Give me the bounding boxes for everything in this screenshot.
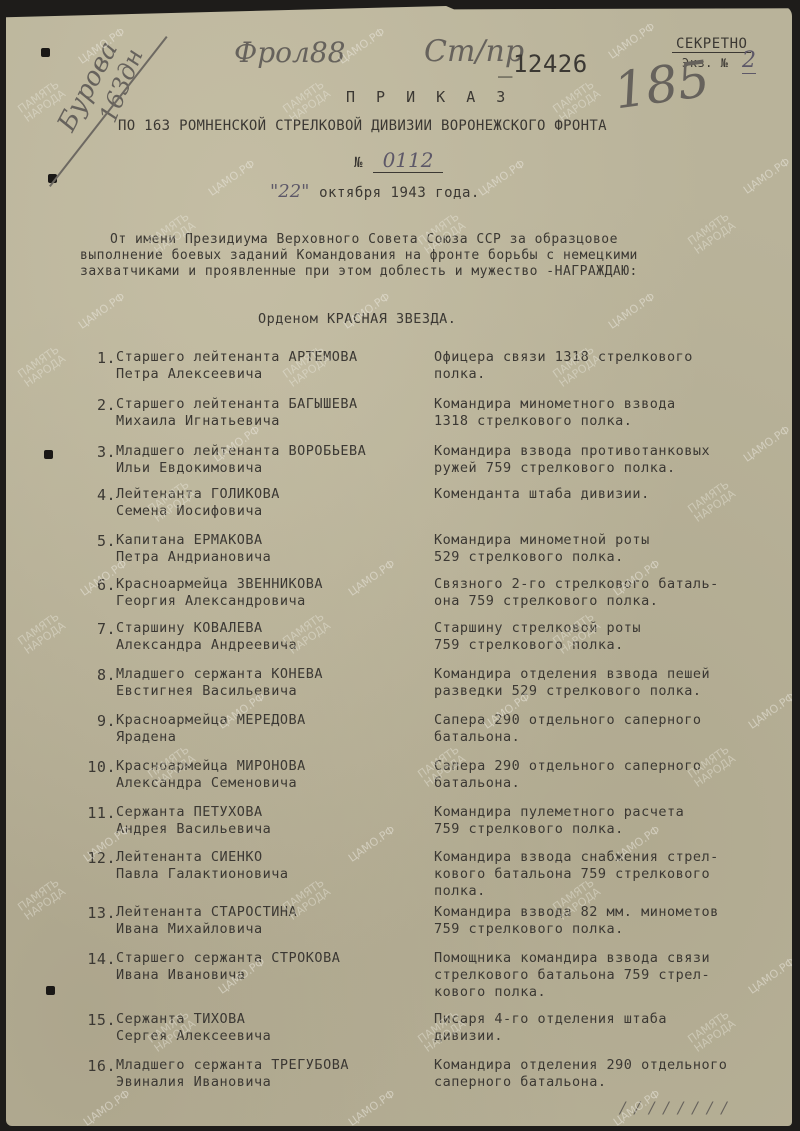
post-line: батальона.: [434, 775, 701, 792]
handwritten-page-number: 185: [610, 50, 713, 121]
entry-post: Командира отделения взвода пешей разведк…: [434, 666, 710, 700]
entry-person: Лейтенанта СТАРОСТИНА Ивана Михайловича: [116, 904, 297, 938]
post-line: Командира взвода 82 мм. минометов: [434, 904, 719, 921]
post-line: полка.: [434, 366, 693, 383]
archive-watermark: ЦАМО.РФ: [346, 1087, 398, 1129]
person-rank-surname: Красноармейца ЗВЕННИКОВА: [116, 576, 323, 593]
entry-number: 11.: [86, 804, 116, 822]
archive-watermark: ЦАМО.РФ: [206, 157, 258, 199]
person-rank-surname: Старшего лейтенанта АРТЕМОВА: [116, 349, 358, 366]
entry-post: Писаря 4-го отделения штаба дивизии.: [434, 1011, 667, 1045]
post-line: 1318 стрелкового полка.: [434, 413, 676, 430]
person-given-names: Ивана Ивановича: [116, 967, 340, 984]
person-given-names: Александра Семеновича: [116, 775, 306, 792]
entry-post: Командира минометного взвода 1318 стрелк…: [434, 396, 676, 430]
post-line: Сапера 290 отдельного саперного: [434, 758, 701, 775]
archive-watermark: ЦАМО.РФ: [476, 157, 528, 199]
order-number-value: 0112: [373, 148, 444, 173]
post-line: Командира минометного взвода: [434, 396, 676, 413]
entry-post: Командира взвода снабжения стрел- кового…: [434, 849, 719, 900]
memory-watermark: ПАМЯТЬНАРОДА: [686, 1009, 737, 1054]
post-line: стрелкового батальона 759 стрел-: [434, 967, 710, 984]
preamble: От имени Президиума Верховного Совета Со…: [80, 232, 638, 280]
entry-post: Командира отделения 290 отдельного сапер…: [434, 1057, 727, 1091]
entry-person: Лейтенанта СИЕНКО Павла Галактионовича: [116, 849, 289, 883]
post-line: она 759 стрелкового полка.: [434, 593, 719, 610]
memory-watermark: ПАМЯТЬНАРОДА: [686, 211, 737, 256]
post-line: Офицера связи 1318 стрелкового: [434, 349, 693, 366]
post-line: Писаря 4-го отделения штаба: [434, 1011, 667, 1028]
entry-person: Младшего лейтенанта ВОРОБЬЕВА Ильи Евдок…: [116, 443, 366, 477]
person-rank-surname: Лейтенанта СТАРОСТИНА: [116, 904, 297, 921]
document-title: П Р И К А З: [346, 88, 511, 106]
entry-number: 2.: [86, 396, 116, 414]
copy-number-value: 2: [742, 48, 756, 74]
person-rank-surname: Младшего сержанта КОНЕВА: [116, 666, 323, 683]
post-line: Командира взвода снабжения стрел-: [434, 849, 719, 866]
archive-watermark: ЦАМО.РФ: [746, 955, 798, 997]
entry-post: Офицера связи 1318 стрелкового полка.: [434, 349, 693, 383]
entry-post: Командира взвода 82 мм. минометов 759 ст…: [434, 904, 719, 938]
post-line: саперного батальона.: [434, 1074, 727, 1091]
entry-person: Красноармейца МИРОНОВА Александра Семено…: [116, 758, 306, 792]
entry-number: 5.: [86, 532, 116, 550]
post-line: кового батальона 759 стрелкового: [434, 866, 719, 883]
archive-watermark: ЦАМО.РФ: [81, 1087, 133, 1129]
order-number: № 0112: [354, 148, 443, 172]
post-line: кового полка.: [434, 984, 710, 1001]
entry-post: Связного 2-го стрелкового баталь- она 75…: [434, 576, 719, 610]
entry-person: Младшего сержанта ТРЕГУБОВА Эвиналия Ива…: [116, 1057, 349, 1091]
archive-watermark: ЦАМО.РФ: [741, 423, 793, 465]
person-given-names: Евстигнея Васильевича: [116, 683, 323, 700]
entry-person: Старшего сержанта СТРОКОВА Ивана Иванови…: [116, 950, 340, 984]
entry-number: 8.: [86, 666, 116, 684]
archive-watermark: ЦАМО.РФ: [346, 823, 398, 865]
person-given-names: Ярадена: [116, 729, 306, 746]
entry-number: 12.: [86, 849, 116, 867]
person-given-names: Ивана Михайловича: [116, 921, 297, 938]
entry-person: Красноармейца МЕРЕДОВА Ярадена: [116, 712, 306, 746]
post-line: Связного 2-го стрелкового баталь-: [434, 576, 719, 593]
entry-person: Младшего сержанта КОНЕВА Евстигнея Васил…: [116, 666, 323, 700]
archive-watermark: ЦАМО.РФ: [76, 290, 128, 332]
post-line: Помощника командира взвода связи: [434, 950, 710, 967]
entry-number: 1.: [86, 349, 116, 367]
entry-person: Старшего лейтенанта АРТЕМОВА Петра Алекс…: [116, 349, 358, 383]
entry-number: 15.: [86, 1011, 116, 1029]
entry-number: 9.: [86, 712, 116, 730]
person-rank-surname: Капитана ЕРМАКОВА: [116, 532, 271, 549]
entry-post: Командира пулеметного расчета 759 стрелк…: [434, 804, 684, 838]
person-given-names: Андрея Васильевича: [116, 821, 271, 838]
person-given-names: Александра Андреевича: [116, 637, 297, 654]
person-rank-surname: Красноармейца МЕРЕДОВА: [116, 712, 306, 729]
punch-hole-top: [41, 48, 50, 57]
order-date: "22" октября 1943 года.: [270, 181, 480, 202]
entry-person: Старшину КОВАЛЕВА Александра Андреевича: [116, 620, 297, 654]
document-subtitle: ПО 163 РОМНЕНСКОЙ СТРЕЛКОВОЙ ДИВИЗИИ ВОР…: [118, 118, 607, 134]
post-line: Командира пулеметного расчета: [434, 804, 684, 821]
person-given-names: Петра Андриановича: [116, 549, 271, 566]
person-given-names: Семена Иосифовича: [116, 503, 280, 520]
post-line: 759 стрелкового полка.: [434, 821, 684, 838]
entry-post: Командира минометной роты 529 стрелковог…: [434, 532, 650, 566]
person-rank-surname: Красноармейца МИРОНОВА: [116, 758, 306, 775]
person-given-names: Эвиналия Ивановича: [116, 1074, 349, 1091]
post-line: Старшину стрелковой роты: [434, 620, 641, 637]
entry-number: 14.: [86, 950, 116, 968]
preamble-line: выполнение боевых заданий Командования н…: [80, 248, 638, 264]
post-line: полка.: [434, 883, 719, 900]
handwritten-name-top: Фрол88: [234, 36, 345, 69]
punch-hole-lower: [44, 450, 53, 459]
entry-number: 7.: [86, 620, 116, 638]
entry-post: Коменданта штаба дивизии.: [434, 486, 650, 503]
archive-watermark: ЦАМО.РФ: [606, 290, 658, 332]
person-rank-surname: Сержанта ПЕТУХОВА: [116, 804, 271, 821]
post-line: батальона.: [434, 729, 701, 746]
entry-number: 16.: [86, 1057, 116, 1075]
post-line: Коменданта штаба дивизии.: [434, 486, 650, 503]
post-line: Командира взвода противотанковых: [434, 443, 710, 460]
entry-post: Сапера 290 отдельного саперного батальон…: [434, 758, 701, 792]
stamp-number: _12426: [498, 50, 588, 78]
person-given-names: Георгия Александровича: [116, 593, 323, 610]
post-line: разведки 529 стрелкового полка.: [434, 683, 710, 700]
entry-person: Красноармейца ЗВЕННИКОВА Георгия Алексан…: [116, 576, 323, 610]
person-given-names: Петра Алексеевича: [116, 366, 358, 383]
post-line: Командира отделения взвода пешей: [434, 666, 710, 683]
post-line: Сапера 290 отдельного саперного: [434, 712, 701, 729]
entry-number: 6.: [86, 576, 116, 594]
post-line: дивизии.: [434, 1028, 667, 1045]
person-rank-surname: Лейтенанта ГОЛИКОВА: [116, 486, 280, 503]
archive-watermark: ЦАМО.РФ: [346, 557, 398, 599]
person-rank-surname: Старшину КОВАЛЕВА: [116, 620, 297, 637]
person-given-names: Сергея Алексеевича: [116, 1028, 271, 1045]
entry-number: 13.: [86, 904, 116, 922]
entry-post: Сапера 290 отдельного саперного батальон…: [434, 712, 701, 746]
archive-watermark: ЦАМО.РФ: [606, 20, 658, 62]
memory-watermark: ПАМЯТЬНАРОДА: [16, 344, 67, 389]
post-line: Командира отделения 290 отдельного: [434, 1057, 727, 1074]
archive-watermark: ЦАМО.РФ: [746, 690, 798, 732]
person-rank-surname: Лейтенанта СИЕНКО: [116, 849, 289, 866]
post-line: ружей 759 стрелкового полка.: [434, 460, 710, 477]
footer-tick-marks: / / / / / / / /: [620, 1098, 729, 1117]
post-line: 759 стрелкового полка.: [434, 637, 641, 654]
memory-watermark: ПАМЯТЬНАРОДА: [686, 479, 737, 524]
entry-number: 4.: [86, 486, 116, 504]
entry-person: Капитана ЕРМАКОВА Петра Андриановича: [116, 532, 271, 566]
entry-number: 10.: [86, 758, 116, 776]
date-day: "22": [270, 181, 309, 202]
person-rank-surname: Младшего сержанта ТРЕГУБОВА: [116, 1057, 349, 1074]
person-given-names: Павла Галактионовича: [116, 866, 289, 883]
person-rank-surname: Старшего лейтенанта БАГЫШЕВА: [116, 396, 358, 413]
entry-person: Лейтенанта ГОЛИКОВА Семена Иосифовича: [116, 486, 280, 520]
person-given-names: Ильи Евдокимовича: [116, 460, 366, 477]
award-name: Орденом КРАСНАЯ ЗВЕЗДА.: [258, 311, 456, 327]
document-page: Бурова 163дн Фрол88 Ст/пр _12426 СЕКРЕТН…: [6, 6, 792, 1126]
person-rank-surname: Младшего лейтенанта ВОРОБЬЕВА: [116, 443, 366, 460]
archive-watermark: ЦАМО.РФ: [741, 155, 793, 197]
punch-hole-bottom: [46, 986, 55, 995]
entry-post: Помощника командира взвода связи стрелко…: [434, 950, 710, 1001]
entry-person: Старшего лейтенанта БАГЫШЕВА Михаила Игн…: [116, 396, 358, 430]
memory-watermark: ПАМЯТЬНАРОДА: [16, 877, 67, 922]
entry-person: Сержанта ПЕТУХОВА Андрея Васильевича: [116, 804, 271, 838]
preamble-line: От имени Президиума Верховного Совета Со…: [80, 232, 638, 248]
date-rest: октября 1943 года.: [319, 185, 480, 201]
post-line: 759 стрелкового полка.: [434, 921, 719, 938]
entry-post: Командира взвода противотанковых ружей 7…: [434, 443, 710, 477]
person-rank-surname: Сержанта ТИХОВА: [116, 1011, 271, 1028]
secret-mark: СЕКРЕТНО: [672, 36, 751, 53]
person-given-names: Михаила Игнатьевича: [116, 413, 358, 430]
entry-number: 3.: [86, 443, 116, 461]
memory-watermark: ПАМЯТЬНАРОДА: [16, 611, 67, 656]
entry-person: Сержанта ТИХОВА Сергея Алексеевича: [116, 1011, 271, 1045]
order-number-label: №: [354, 155, 363, 171]
preamble-line: захватчиками и проявленные при этом добл…: [80, 264, 638, 280]
person-rank-surname: Старшего сержанта СТРОКОВА: [116, 950, 340, 967]
post-line: Командира минометной роты: [434, 532, 650, 549]
entry-post: Старшину стрелковой роты 759 стрелкового…: [434, 620, 641, 654]
post-line: 529 стрелкового полка.: [434, 549, 650, 566]
